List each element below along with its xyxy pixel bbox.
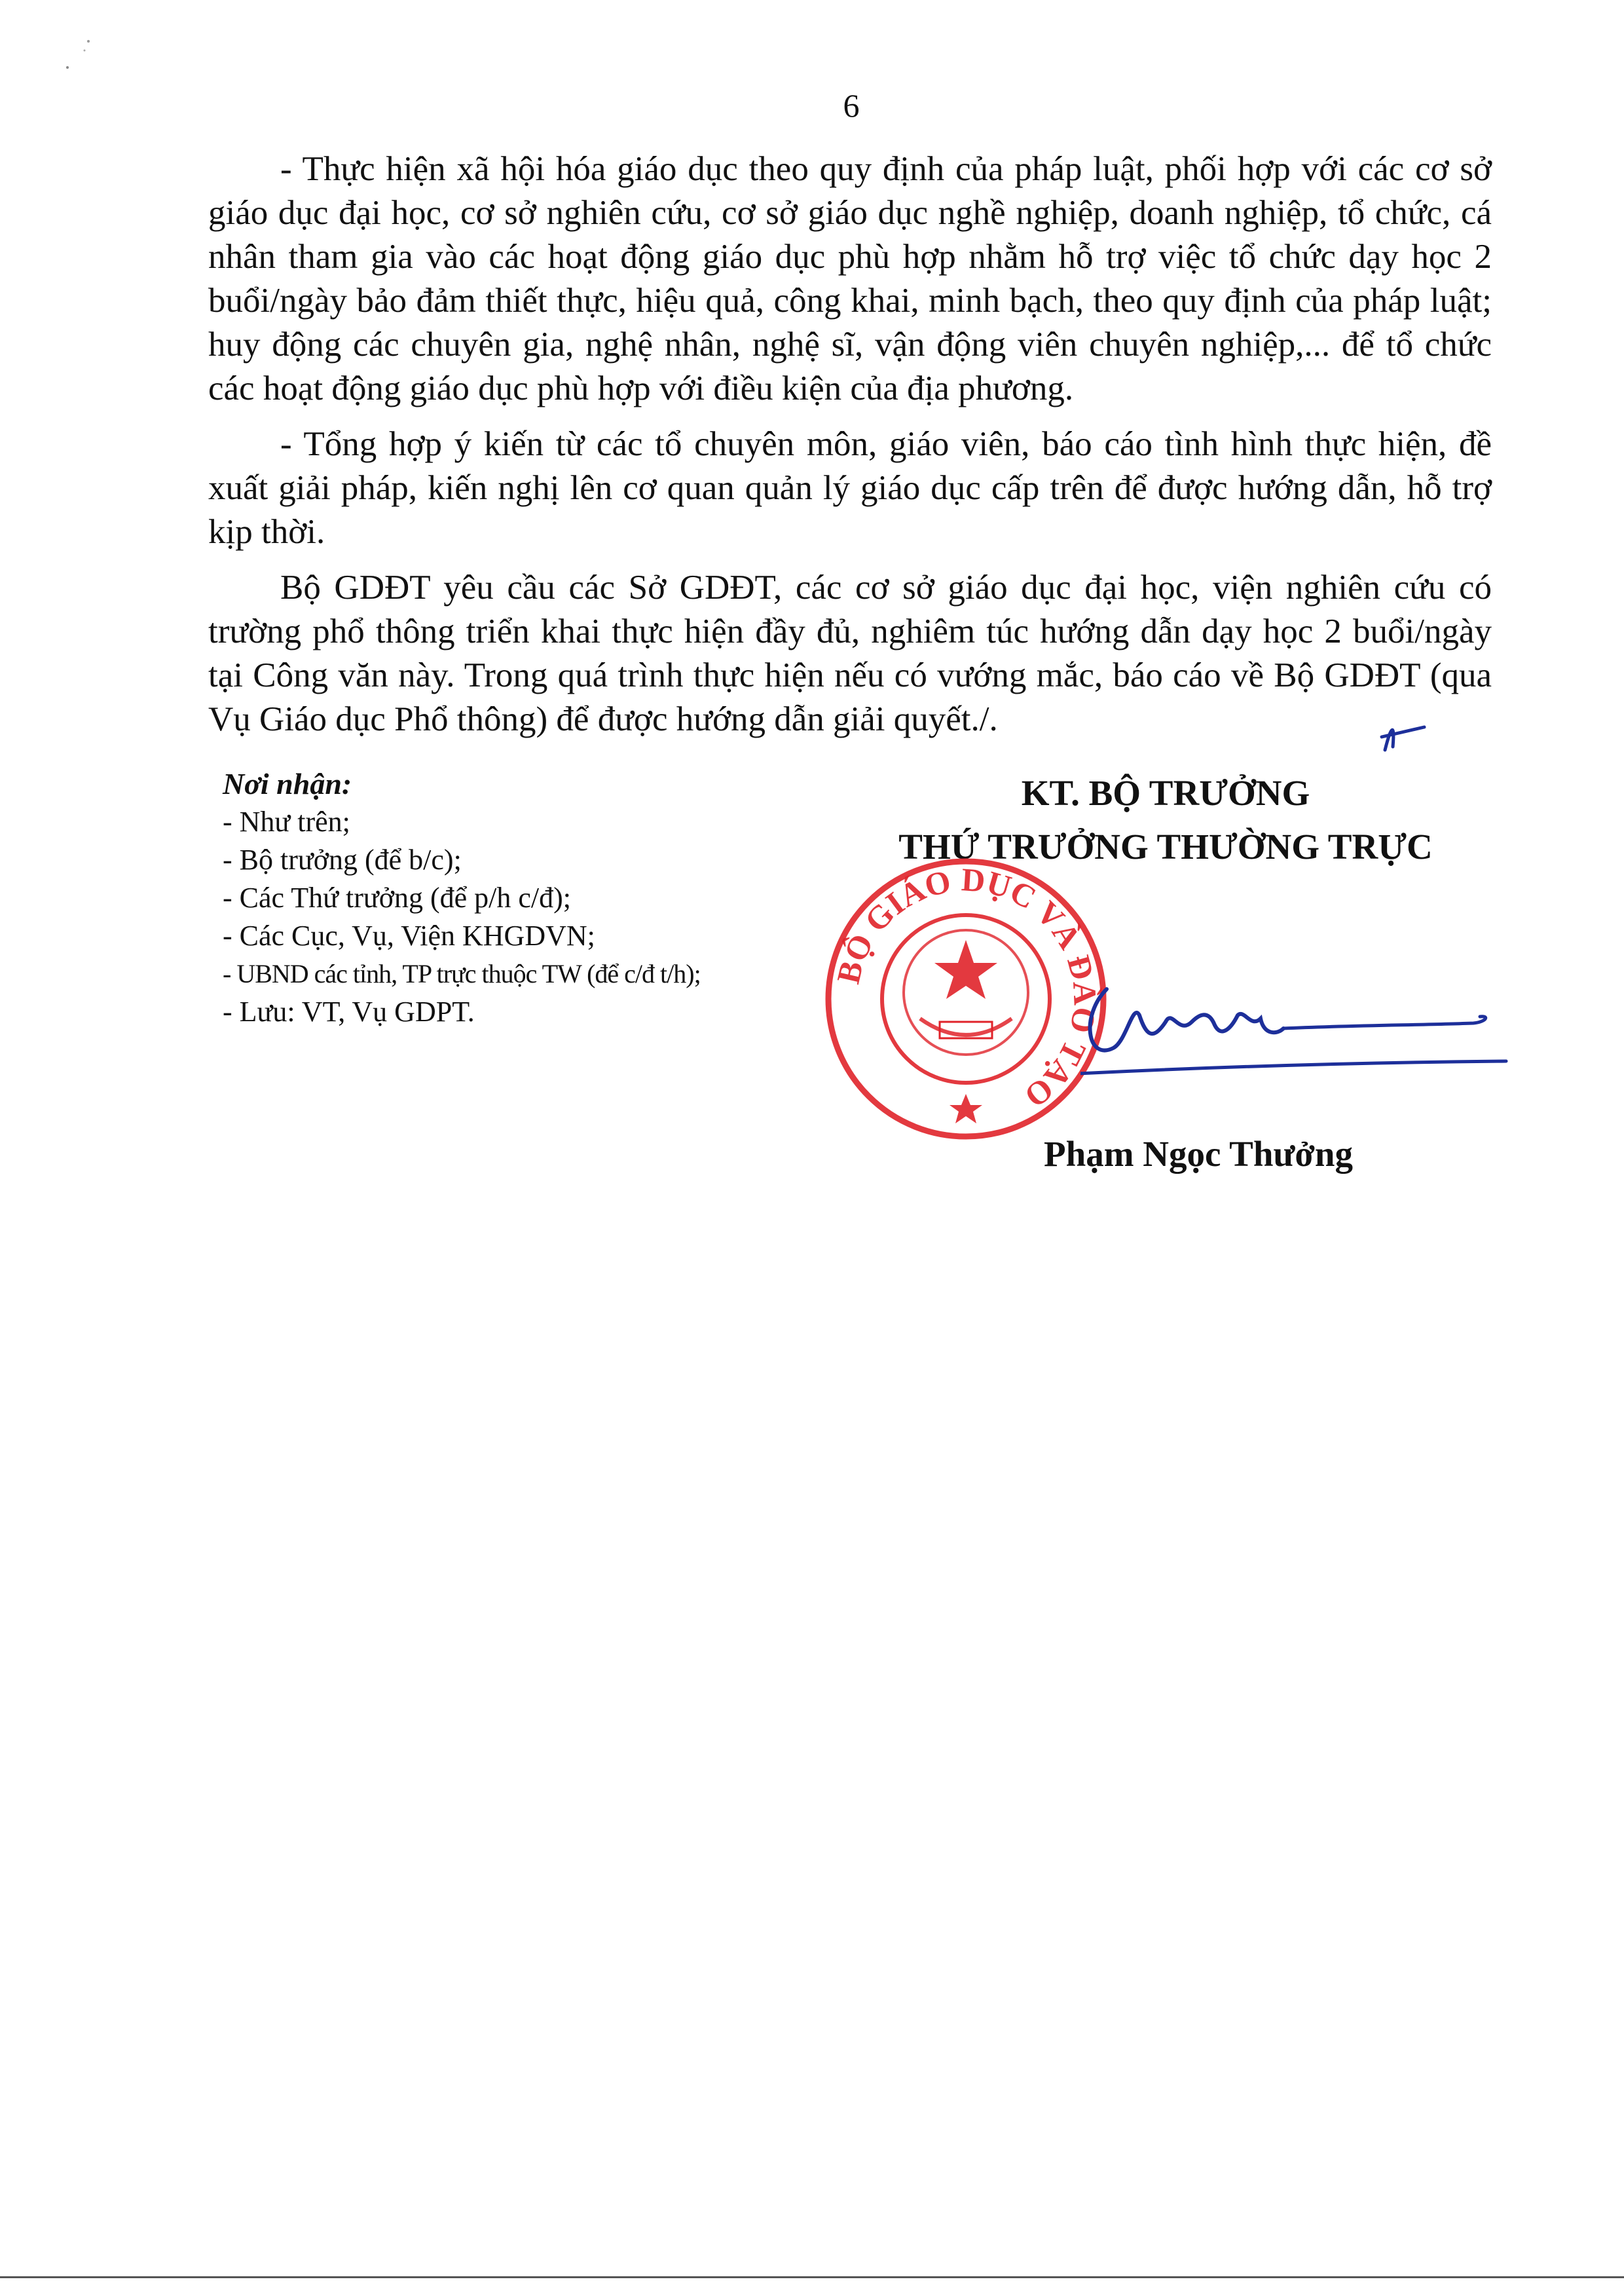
recipient-item: - Các Thứ trưởng (để p/h c/đ); (223, 879, 701, 917)
scan-artifact (62, 36, 101, 75)
initial-mark-icon (1378, 717, 1431, 757)
scan-edge-divider (0, 2276, 1624, 2278)
recipient-item: - Bộ trưởng (để b/c); (223, 841, 701, 879)
recipient-item: - Như trên; (223, 803, 701, 841)
document-body: - Thực hiện xã hội hóa giáo dục theo quy… (208, 147, 1492, 753)
recipient-item: - Lưu: VT, Vụ GDPT. (223, 993, 701, 1031)
signature-title-line1: KT. BỘ TRƯỞNG (838, 766, 1493, 820)
recipients-title: Nơi nhận: (223, 765, 701, 803)
recipients-block: Nơi nhận: - Như trên; - Bộ trưởng (để b/… (223, 765, 701, 1031)
recipient-item: - Các Cục, Vụ, Viện KHGDVN; (223, 917, 701, 955)
paragraph-socialization: - Thực hiện xã hội hóa giáo dục theo quy… (208, 147, 1492, 411)
recipient-item: - UBND các tỉnh, TP trực thuộc TW (để c/… (223, 955, 701, 993)
official-seal-icon: BỘ GIÁO DỤC VÀ ĐÀO TẠO (822, 855, 1110, 1143)
paragraph-closing-request: Bộ GDĐT yêu cầu các Sở GDĐT, các cơ sở g… (208, 566, 1492, 741)
signer-name: Phạm Ngọc Thưởng (969, 1133, 1428, 1174)
paragraph-summary-report: - Tổng hợp ý kiến từ các tổ chuyên môn, … (208, 422, 1492, 554)
page-number: 6 (0, 86, 1624, 124)
handwritten-signature (1080, 963, 1513, 1094)
